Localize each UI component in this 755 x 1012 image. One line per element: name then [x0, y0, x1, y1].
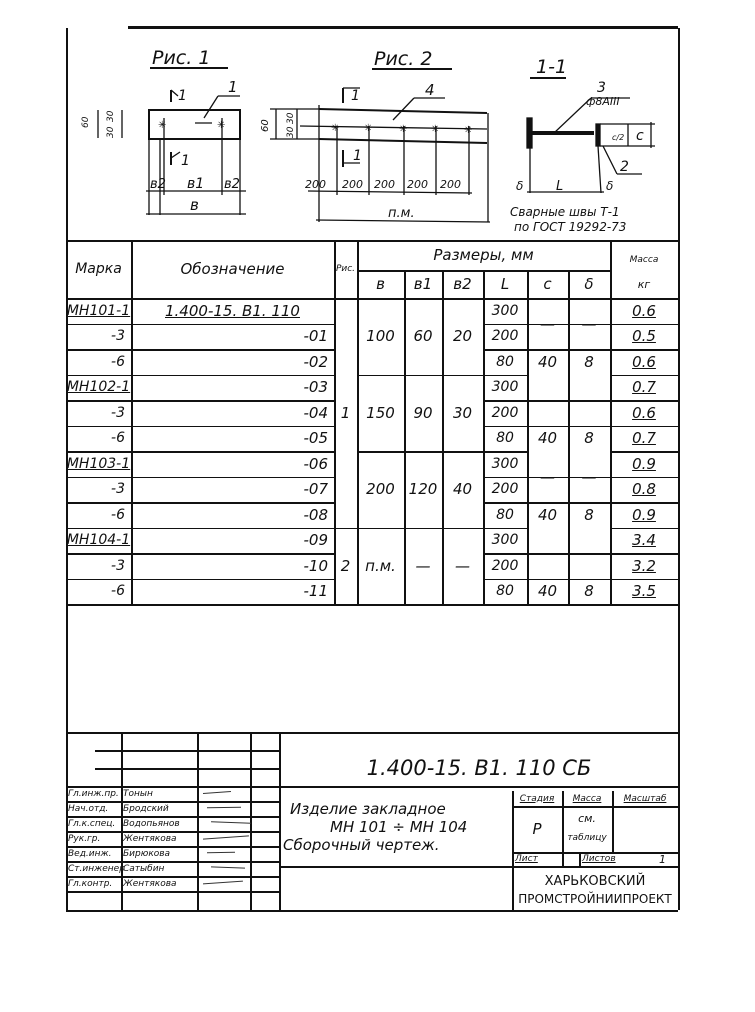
fig1-dim-b2-left: в2: [150, 177, 166, 192]
sheet-label: Лист: [512, 852, 582, 866]
row-delta: 8: [568, 579, 610, 605]
fig2-height-part-b: 30: [286, 112, 296, 124]
mass-value-line2: таблицу: [562, 828, 612, 848]
row-mark: -6: [66, 502, 131, 528]
row-mass: 0.6: [610, 349, 678, 375]
group-b1: —: [404, 528, 442, 605]
row-c: —: [527, 298, 568, 349]
row-designation: -03: [131, 375, 334, 401]
group-b2: 20: [442, 298, 483, 375]
row-mark: -3: [66, 477, 131, 503]
signature-role: Нач.отд.: [66, 801, 121, 816]
stage-label: Стадия: [512, 791, 562, 806]
signature-role: Рук.гр.: [66, 831, 121, 846]
frame-bottom-border: [66, 910, 678, 912]
signature-role: Гл.к.спец.: [66, 816, 121, 831]
row-mass: 0.9: [610, 451, 678, 477]
header-mark: Марка: [66, 240, 131, 298]
header-c: c: [527, 270, 568, 298]
header-mass-unit: кг: [610, 270, 678, 298]
row-designation: -01: [131, 324, 334, 350]
row-delta: —: [568, 298, 610, 349]
signature-role: Гл.инж.пр.: [66, 786, 121, 801]
signature-name: Сатыбин: [121, 861, 197, 876]
row-length: 80: [483, 579, 527, 605]
sheets-label: Листов: [582, 852, 642, 866]
row-c: —: [527, 528, 568, 579]
section-dim-delta-right: δ: [606, 179, 613, 193]
section-part-3: 3: [597, 80, 606, 96]
signature-name: Жентякова: [121, 876, 197, 891]
fig2-section-mark: 1: [351, 88, 360, 104]
row-designation: -04: [131, 400, 334, 426]
header-dimensions-group: Размеры, мм: [357, 240, 610, 270]
row-designation: -10: [131, 553, 334, 579]
row-mark: МН103-1: [66, 451, 131, 477]
svg-text:✳: ✳: [331, 123, 339, 134]
fig2-part-label: 4: [425, 81, 435, 99]
fig1-part-label: 1: [228, 78, 238, 96]
row-mass: 3.5: [610, 579, 678, 605]
signature-role: Ст.инженер: [66, 861, 121, 876]
row-mass: 3.2: [610, 553, 678, 579]
row-mark: -6: [66, 579, 131, 605]
signature-name: Бродский: [121, 801, 197, 816]
signature-name: Водопьянов: [121, 816, 197, 831]
group-b: 200: [357, 451, 404, 528]
row-length: 80: [483, 426, 527, 452]
fig1-dim-b1: в1: [187, 176, 204, 192]
row-mark: -6: [66, 426, 131, 452]
row-mark: МН104-1: [66, 528, 131, 554]
section-title: 1-1: [536, 56, 567, 78]
row-length: 200: [483, 324, 527, 350]
row-designation: -05: [131, 426, 334, 452]
product-name-line2: МН 101 ÷ МН 104: [330, 818, 510, 836]
header-designation: Обозначение: [131, 240, 334, 298]
scale-label: Масштаб: [612, 791, 678, 806]
fig2-spacing-4: 200: [407, 178, 428, 191]
row-mass: 0.6: [610, 298, 678, 324]
row-mark: -3: [66, 324, 131, 350]
row-c: 40: [527, 349, 568, 375]
row-length: 300: [483, 528, 527, 554]
fig2-spacing-2: 200: [342, 178, 363, 191]
fig2-spacing-1: 200: [305, 178, 326, 191]
fig1-height-part-a: 30: [106, 126, 116, 138]
mass-label: Масса: [562, 791, 612, 806]
row-rule: [610, 604, 678, 606]
row-length: 200: [483, 477, 527, 503]
fig1-dim-b2-right: в2: [224, 177, 240, 192]
row-delta: 8: [568, 426, 610, 452]
group-b: п.м.: [357, 528, 404, 605]
row-length: 200: [483, 553, 527, 579]
row-mark: МН101-1: [66, 298, 131, 324]
row-delta: —: [568, 528, 610, 579]
fig1-section-mark-bottom: 1: [181, 153, 190, 169]
fig1-section-mark: 1: [178, 88, 187, 104]
row-mark: -3: [66, 553, 131, 579]
fig2-title: Рис. 2: [374, 48, 432, 70]
row-mark: МН102-1: [66, 375, 131, 401]
weld-note-line1: Сварные швы Т-1: [510, 205, 620, 219]
fig2-height-part-a: 30: [286, 126, 296, 138]
group-b1: 60: [404, 298, 442, 375]
organization-line2: ПРОМСТРОЙНИИПРОЕКТ: [512, 890, 678, 908]
row-designation: -09: [131, 528, 334, 554]
row-mass: 0.8: [610, 477, 678, 503]
mass-value-line1: см.: [562, 808, 612, 828]
row-mass: 3.4: [610, 528, 678, 554]
row-c: 40: [527, 579, 568, 605]
row-mass: 0.9: [610, 502, 678, 528]
header-b: в: [357, 270, 404, 298]
svg-text:✳: ✳: [158, 120, 166, 131]
section-part-2: 2: [620, 159, 629, 175]
section-rebar-label: ф8АIII: [586, 95, 620, 108]
fig2-section-mark-bottom: 1: [353, 148, 362, 164]
row-mark: -6: [66, 349, 131, 375]
section-dim-delta-left: δ: [516, 179, 523, 193]
group-b1: 90: [404, 375, 442, 452]
stage-value: Р: [512, 806, 562, 852]
fig-ref-1: 1: [334, 298, 357, 528]
signature-name: Тонын: [121, 786, 197, 801]
svg-text:✳: ✳: [364, 123, 372, 134]
header-fig: Рис.: [334, 240, 357, 298]
row-delta: —: [568, 451, 610, 502]
row-delta: 8: [568, 502, 610, 528]
product-name-line3: Сборочный чертеж.: [283, 836, 509, 854]
fig1-title: Рис. 1: [152, 47, 210, 69]
row-mark: -3: [66, 400, 131, 426]
sheets-value: 1: [650, 852, 675, 866]
row-delta: 8: [568, 349, 610, 375]
organization-line1: ХАРЬКОВСКИЙ: [512, 872, 678, 890]
row-c: 40: [527, 502, 568, 528]
row-designation: -08: [131, 502, 334, 528]
row-length: 200: [483, 400, 527, 426]
header-b1: в1: [404, 270, 442, 298]
row-c: —: [527, 451, 568, 502]
row-delta: —: [568, 375, 610, 426]
fig1-height-part-b: 30: [106, 110, 116, 122]
group-rule: [357, 604, 483, 606]
row-designation: -06: [131, 451, 334, 477]
svg-text:✳: ✳: [431, 124, 439, 135]
svg-text:✳: ✳: [464, 125, 472, 136]
group-b: 100: [357, 298, 404, 375]
fig2-dim-total: п.м.: [388, 206, 415, 221]
fig-ref-2: 2: [334, 528, 357, 605]
row-rule: [66, 604, 334, 606]
svg-text:✳: ✳: [399, 124, 407, 135]
row-mass: 0.7: [610, 426, 678, 452]
signature-name: Жентякова: [121, 831, 197, 846]
row-designation: -07: [131, 477, 334, 503]
signature-role: Вед.инж.: [66, 846, 121, 861]
header-L: L: [483, 270, 527, 298]
header-delta: δ: [568, 270, 610, 298]
row-designation: 1.400-15. В1. 110: [131, 298, 334, 324]
row-length: 300: [483, 375, 527, 401]
fig2-height-total: 60: [260, 119, 271, 132]
section-dim-c-half: c/2: [612, 133, 624, 142]
group-b: 150: [357, 375, 404, 452]
row-c: 40: [527, 426, 568, 452]
group-b1: 120: [404, 451, 442, 528]
signature-role: Гл.контр.: [66, 876, 121, 891]
product-name-line1: Изделие закладное: [290, 800, 510, 818]
row-mass: 0.6: [610, 400, 678, 426]
signature-name: Бирюкова: [121, 846, 197, 861]
row-designation: -11: [131, 579, 334, 605]
section-dim-L: L: [556, 179, 563, 194]
header-b2: в2: [442, 270, 483, 298]
group-b2: 40: [442, 451, 483, 528]
row-rule: [483, 604, 527, 606]
row-length: 80: [483, 502, 527, 528]
fig2-spacing-5: 200: [440, 178, 461, 191]
row-length: 80: [483, 349, 527, 375]
row-c: —: [527, 375, 568, 426]
fig1-dim-total: в: [190, 196, 199, 214]
group-b2: —: [442, 528, 483, 605]
row-length: 300: [483, 298, 527, 324]
section-dim-c: c: [636, 128, 644, 144]
drawings-area: ✳ ✳ ✳ ✳ ✳ ✳ ✳: [0, 0, 755, 240]
weld-note-line2: по ГОСТ 19292-73: [514, 220, 626, 234]
row-mass: 0.5: [610, 324, 678, 350]
document-code: 1.400-15. В1. 110 СБ: [280, 750, 678, 786]
row-mass: 0.7: [610, 375, 678, 401]
fig2-spacing-3: 200: [374, 178, 395, 191]
header-mass: Масса: [610, 250, 678, 270]
row-designation: -02: [131, 349, 334, 375]
group-b2: 30: [442, 375, 483, 452]
svg-text:✳: ✳: [217, 120, 225, 131]
row-length: 300: [483, 451, 527, 477]
fig1-height-total: 60: [81, 116, 91, 128]
